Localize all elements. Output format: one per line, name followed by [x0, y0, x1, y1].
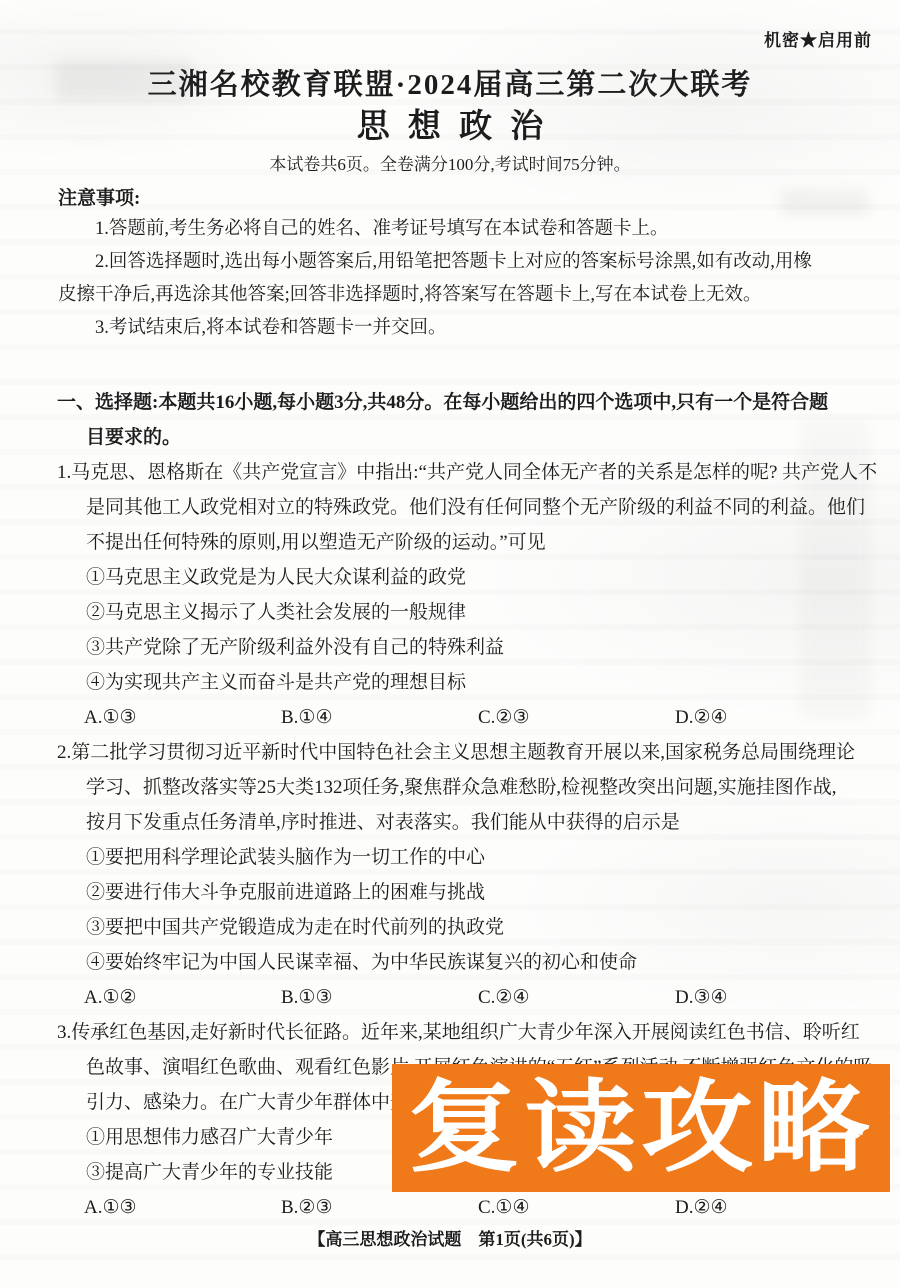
watermark-text: 复读攻略	[408, 1078, 874, 1178]
option-a: A.①③	[84, 700, 281, 735]
question-2-options-row: A.①② B.①③ C.②④ D.③④	[0, 980, 900, 1015]
subject-title: 思想政治	[0, 106, 900, 148]
question-1-choice-3: ③共产党除了无产阶级利益外没有自己的特殊利益	[0, 630, 900, 665]
exam-paper-page: 机密★启用前 三湘名校教育联盟·2024届高三第二次大联考 思想政治 本试卷共6…	[0, 0, 900, 1287]
watermark-overlay: 复读攻略	[392, 1064, 890, 1192]
question-2-stem-line-1: 2.第二批学习贯彻习近平新时代中国特色社会主义思想主题教育开展以来,国家税务总局…	[0, 735, 900, 770]
classification-label: 机密★启用前	[0, 30, 872, 52]
section-heading-line-1: 一、选择题:本题共16小题,每小题3分,共48分。在每小题给出的四个选项中,只有…	[0, 385, 900, 420]
question-1-choice-1: ①马克思主义政党是为人民大众谋利益的政党	[0, 560, 900, 595]
option-b: B.①③	[281, 980, 478, 1015]
question-1: 1.马克思、恩格斯在《共产党宣言》中指出:“共产党人同全体无产者的关系是怎样的呢…	[0, 455, 900, 735]
option-b: B.①④	[281, 700, 478, 735]
option-c: C.②④	[478, 980, 675, 1015]
question-2-choice-1: ①要把用科学理论武装头脑作为一切工作的中心	[0, 840, 900, 875]
option-a: A.①③	[84, 1190, 281, 1225]
option-d: D.②④	[675, 1190, 872, 1225]
notice-item-2-line-1: 2.回答选择题时,选出每小题答案后,用铅笔把答题卡上对应的答案标号涂黑,如有改动…	[0, 246, 900, 279]
option-d: D.③④	[675, 980, 872, 1015]
question-2-choice-4: ④要始终牢记为中国人民谋幸福、为中华民族谋复兴的初心和使命	[0, 945, 900, 980]
question-1-stem-line-1: 1.马克思、恩格斯在《共产党宣言》中指出:“共产党人同全体无产者的关系是怎样的呢…	[0, 455, 900, 490]
notice-item-3: 3.考试结束后,将本试卷和答题卡一并交回。	[0, 312, 900, 345]
question-1-choice-2: ②马克思主义揭示了人类社会发展的一般规律	[0, 595, 900, 630]
page-footer: 【高三思想政治试题 第1页(共6页)】	[0, 1227, 900, 1253]
question-2-stem-line-2: 学习、抓整改落实等25大类132项任务,聚焦群众急难愁盼,检视整改突出问题,实施…	[0, 770, 900, 805]
section-heading-line-2: 目要求的。	[0, 420, 900, 455]
notice-item-1: 1.答题前,考生务必将自己的姓名、准考证号填写在本试卷和答题卡上。	[0, 213, 900, 246]
question-3-options-row: A.①③ B.②③ C.①④ D.②④	[0, 1190, 900, 1225]
question-1-stem-line-2: 是同其他工人政党相对立的特殊政党。他们没有任何同整个无产阶级的利益不同的利益。他…	[0, 490, 900, 525]
option-c: C.②③	[478, 700, 675, 735]
question-1-stem-line-3: 不提出任何特殊的原则,用以塑造无产阶级的运动。”可见	[0, 525, 900, 560]
notice-heading: 注意事项:	[0, 185, 900, 213]
option-d: D.②④	[675, 700, 872, 735]
question-3-stem-line-1: 3.传承红色基因,走好新时代长征路。近年来,某地组织广大青少年深入开展阅读红色书…	[0, 1015, 900, 1050]
notice-item-2-line-2: 皮擦干净后,再选涂其他答案;回答非选择题时,将答案写在答题卡上,写在本试卷上无效…	[0, 279, 900, 312]
option-c: C.①④	[478, 1190, 675, 1225]
option-b: B.②③	[281, 1190, 478, 1225]
option-a: A.①②	[84, 980, 281, 1015]
question-1-options-row: A.①③ B.①④ C.②③ D.②④	[0, 700, 900, 735]
question-1-choice-4: ④为实现共产主义而奋斗是共产党的理想目标	[0, 665, 900, 700]
question-2-stem-line-3: 按月下发重点任务清单,序时推进、对表落实。我们能从中获得的启示是	[0, 805, 900, 840]
question-2-choice-2: ②要进行伟大斗争克服前进道路上的困难与挑战	[0, 875, 900, 910]
exam-title: 三湘名校教育联盟·2024届高三第二次大联考	[0, 66, 900, 104]
exam-info-line: 本试卷共6页。全卷满分100分,考试时间75分钟。	[0, 152, 900, 178]
notice-section: 注意事项: 1.答题前,考生务必将自己的姓名、准考证号填写在本试卷和答题卡上。 …	[0, 185, 900, 345]
question-2-choice-3: ③要把中国共产党锻造成为走在时代前列的执政党	[0, 910, 900, 945]
section-heading: 一、选择题:本题共16小题,每小题3分,共48分。在每小题给出的四个选项中,只有…	[0, 385, 900, 455]
question-2: 2.第二批学习贯彻习近平新时代中国特色社会主义思想主题教育开展以来,国家税务总局…	[0, 735, 900, 1015]
